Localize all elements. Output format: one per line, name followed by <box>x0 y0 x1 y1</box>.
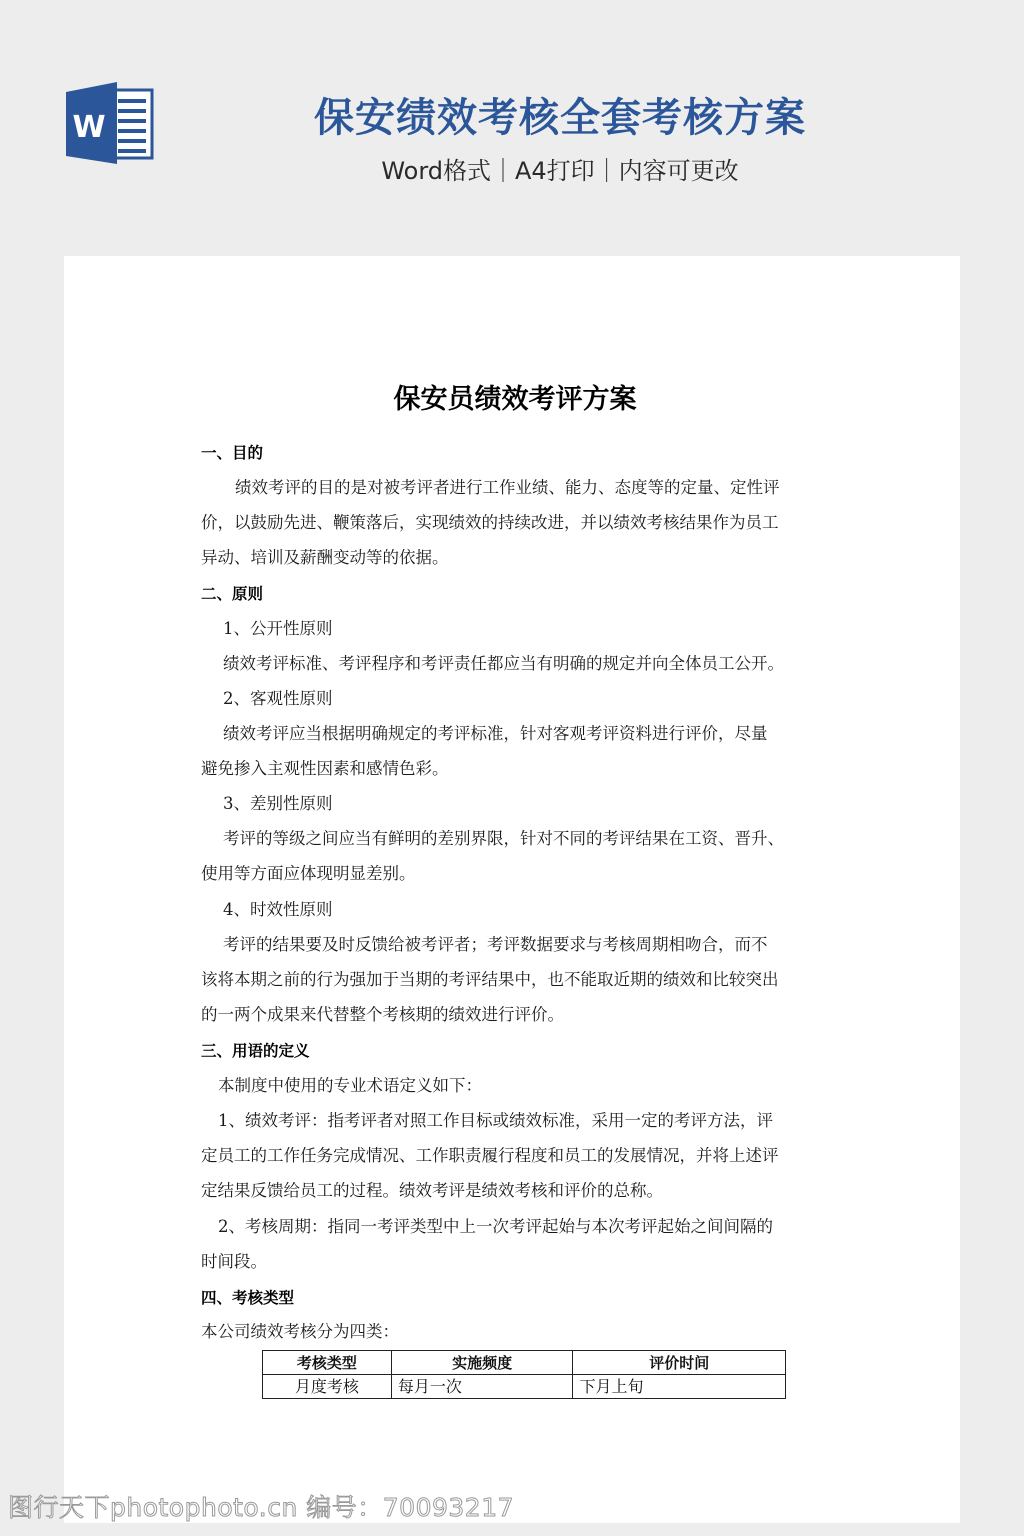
paragraph-line: 异动、培训及薪酬变动等的依据。 <box>201 546 829 570</box>
watermark-text: 图行天下photophoto.cn 编号：70093217 <box>8 1490 514 1526</box>
paragraph-line: 定结果反馈给员工的过程。绩效考评是绩效考核和评价的总称。 <box>201 1179 829 1203</box>
table-cell: 月度考核 <box>263 1375 392 1399</box>
section-heading-assessment-types: 四、考核类型 <box>201 1286 829 1310</box>
section-heading-definitions: 三、用语的定义 <box>201 1039 829 1063</box>
banner-subtitle: Word格式｜A4打印｜内容可更改 <box>300 153 820 189</box>
paragraph-line: 本公司绩效考核分为四类： <box>201 1320 829 1344</box>
paragraph-line: 绩效考评标准、考评程序和考评责任都应当有明确的规定并向全体员工公开。 <box>201 652 829 676</box>
paragraph-line: 2、考核周期：指同一考评类型中上一次考评起始与本次考评起始之间间隔的 <box>201 1215 829 1239</box>
paragraph-line: 避免掺入主观性因素和感情色彩。 <box>201 757 829 781</box>
paragraph-line: 使用等方面应体现明显差别。 <box>201 862 829 886</box>
document-page: 保安员绩效考评方案 一、目的 绩效考评的目的是对被考评者进行工作业绩、能力、态度… <box>64 256 960 1523</box>
principle-title: 1、公开性原则 <box>201 617 829 641</box>
table-header-cell: 实施频度 <box>391 1351 573 1375</box>
section-heading-purpose: 一、目的 <box>201 441 829 465</box>
table-header-cell: 考核类型 <box>263 1351 392 1375</box>
paragraph-line: 考评的结果要及时反馈给被考评者；考评数据要求与考核周期相吻合，而不 <box>201 933 829 957</box>
table-cell: 每月一次 <box>391 1375 573 1399</box>
principle-title: 4、时效性原则 <box>201 898 829 922</box>
paragraph-line: 绩效考评的目的是对被考评者进行工作业绩、能力、态度等的定量、定性评 <box>201 476 829 500</box>
principle-title: 2、客观性原则 <box>201 687 829 711</box>
word-document-icon: W <box>64 82 156 164</box>
section-heading-principles: 二、原则 <box>201 582 829 606</box>
paragraph-line: 定员工的工作任务完成情况、工作职责履行程度和员工的发展情况，并将上述评 <box>201 1144 829 1168</box>
paragraph-line: 1、绩效考评：指考评者对照工作目标或绩效标准，采用一定的考评方法，评 <box>201 1109 829 1133</box>
paragraph-line: 绩效考评应当根据明确规定的考评标准，针对客观考评资料进行评价，尽量 <box>201 722 829 746</box>
table-row: 月度考核 每月一次 下月上旬 <box>263 1375 786 1399</box>
table-header-row: 考核类型 实施频度 评价时间 <box>263 1351 786 1375</box>
paragraph-line: 本制度中使用的专业术语定义如下： <box>201 1074 829 1098</box>
paragraph-line: 的一两个成果来代替整个考核期的绩效进行评价。 <box>201 1003 829 1027</box>
svg-text:W: W <box>72 110 105 145</box>
paragraph-line: 该将本期之前的行为强加于当期的考评结果中，也不能取近期的绩效和比较突出 <box>201 968 829 992</box>
table-header-cell: 评价时间 <box>573 1351 786 1375</box>
paragraph-line: 价，以鼓励先进、鞭策落后，实现绩效的持续改进，并以绩效考核结果作为员工 <box>201 511 829 535</box>
table-cell: 下月上旬 <box>573 1375 786 1399</box>
paragraph-line: 时间段。 <box>201 1250 829 1274</box>
principle-title: 3、差别性原则 <box>201 792 829 816</box>
document-title: 保安员绩效考评方案 <box>201 382 829 418</box>
banner-title: 保安绩效考核全套考核方案 <box>300 92 820 144</box>
assessment-types-table: 考核类型 实施频度 评价时间 月度考核 每月一次 下月上旬 <box>262 1350 786 1399</box>
paragraph-line: 考评的等级之间应当有鲜明的差别界限，针对不同的考评结果在工资、晋升、 <box>201 827 829 851</box>
